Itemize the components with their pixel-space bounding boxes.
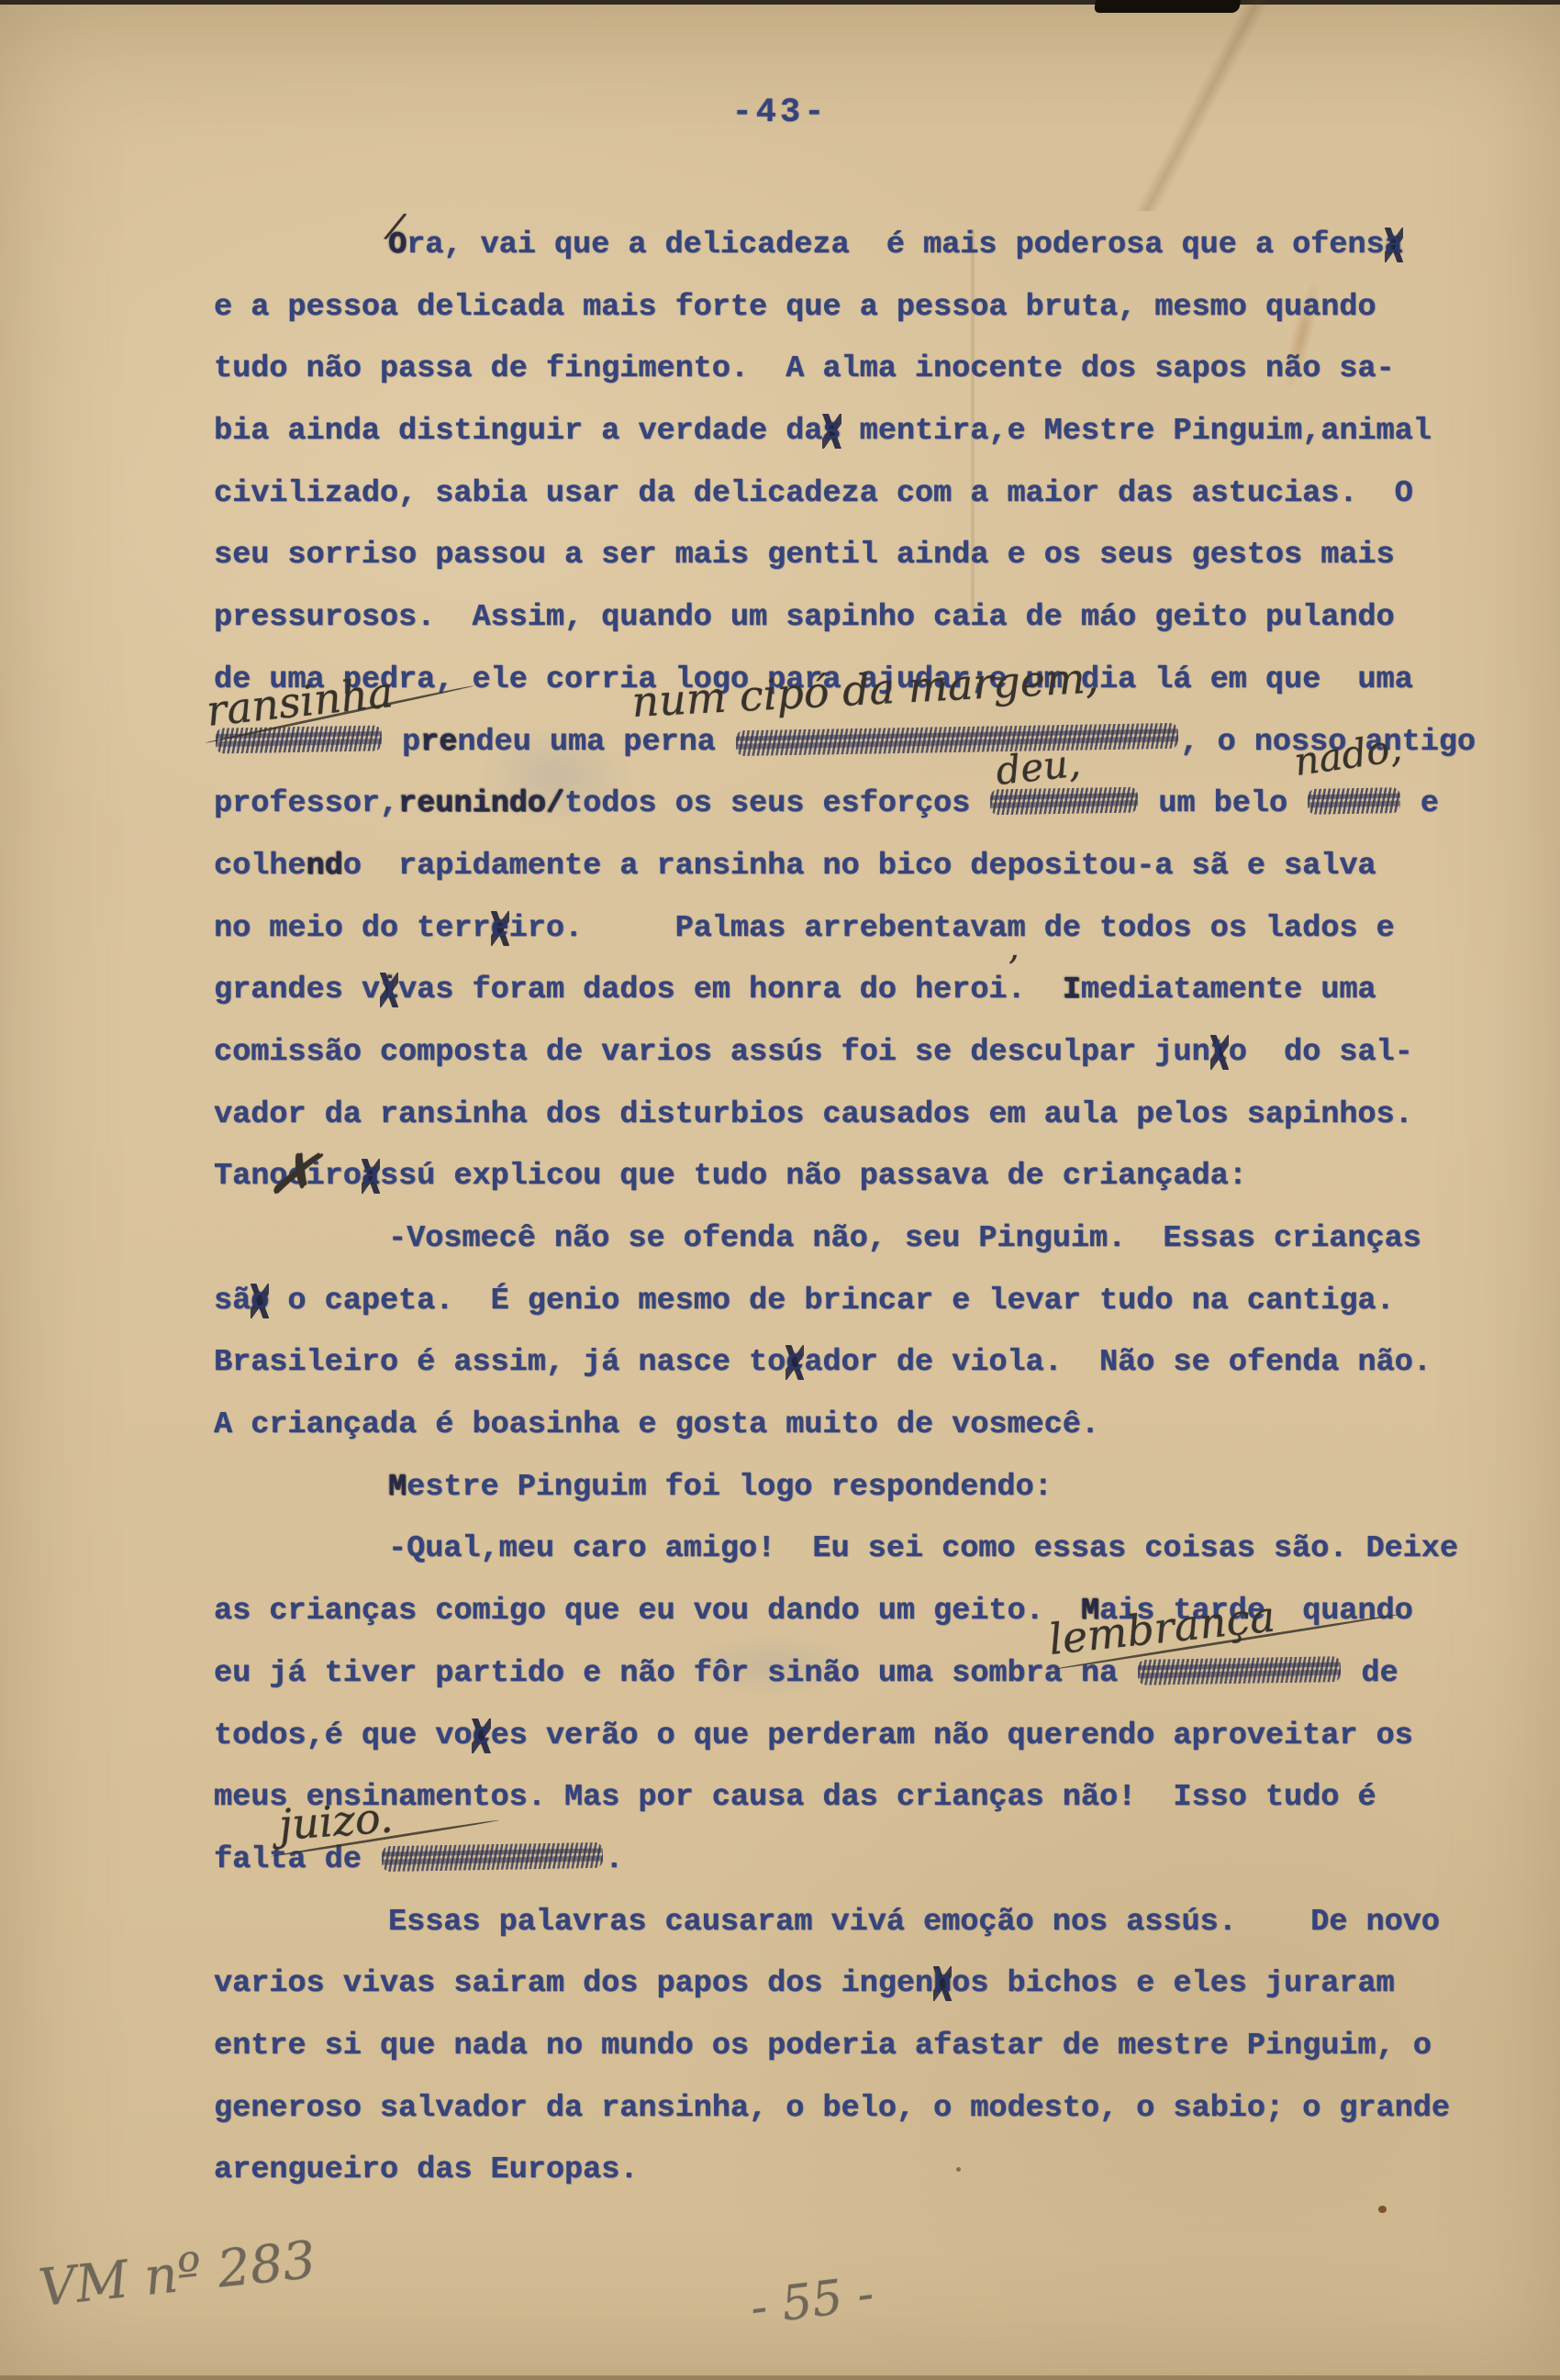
pen-stroke xyxy=(271,1818,499,1857)
pen-mark-over-O: ∕ xyxy=(385,205,406,247)
handwritten-word-ransinha: ransinha xyxy=(204,667,396,736)
pen-stroke xyxy=(205,684,474,744)
pen-x-mark: ✗ xyxy=(264,1136,322,1211)
pencil-archive-code: VM nº 283 xyxy=(36,2230,318,2319)
handwritten-word-lembranca: lembrança xyxy=(1046,1591,1277,1664)
handwritten-annotations: ∕ransinhanum cipó da margem,deu,nado,✗’l… xyxy=(0,0,1560,2380)
handwritten-word-juizo: juizo. xyxy=(277,1792,395,1850)
handwritten-word-deu: deu, xyxy=(994,740,1083,794)
pencil-page-number-bottom: - 55 - xyxy=(748,2266,877,2336)
pen-stroke xyxy=(1051,1613,1403,1672)
pen-apostrophe-over-heroi: ’ xyxy=(1008,949,1019,989)
manuscript-page: -43- Ora, vai que a delicadeza é mais po… xyxy=(0,0,1560,2380)
handwritten-insert-num-cipo-da-margem: num cipó da margem, xyxy=(630,652,1099,727)
handwritten-word-nado: nado, xyxy=(1291,725,1404,784)
